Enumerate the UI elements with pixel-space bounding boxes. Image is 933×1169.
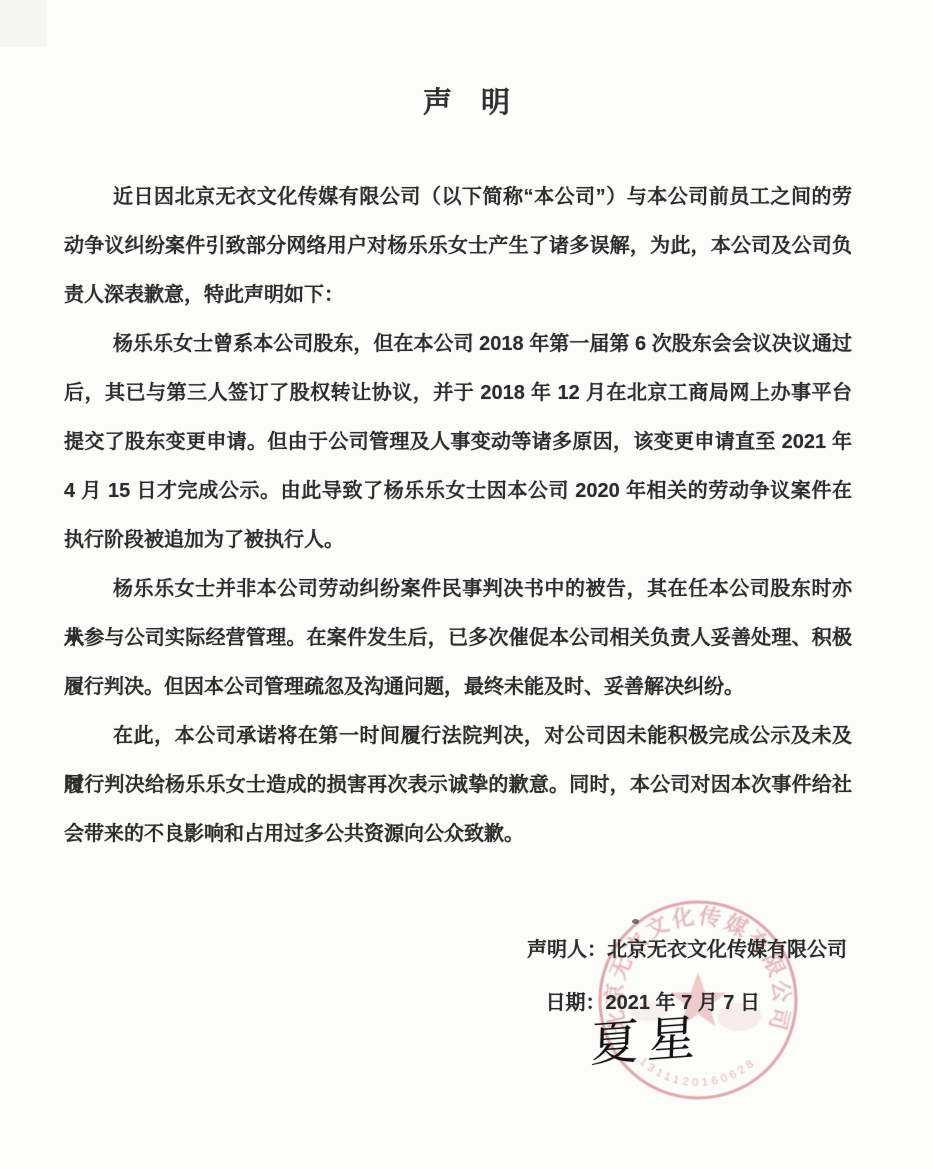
statement-line: 执行阶段被追加为了被执行人。: [64, 516, 852, 565]
scan-speck: [632, 919, 639, 924]
statement-line: 提交了股东变更申请。但由于公司管理及人事变动等诸多原因，该变更申请直至 2021…: [64, 418, 852, 467]
statement-line: 杨乐乐女士并非本公司劳动纠纷案件民事判决书中的被告，其在任本公司股东时亦从: [64, 565, 852, 614]
statement-line: 4 月 15 日才完成公示。由此导致了杨乐乐女士因本公司 2020 年相关的劳动…: [64, 467, 852, 516]
statement-line: 责人深表歉意，特此声明如下：: [64, 271, 852, 320]
handwritten-signature: 夏星: [590, 998, 706, 1075]
statement-line: 未参与公司实际经营管理。在案件发生后，已多次催促本公司相关负责人妥善处理、积极: [64, 614, 852, 663]
statement-line: 会带来的不良影响和占用过多公共资源向公众致歉。: [64, 810, 852, 859]
statement-line: 动争议纠纷案件引致部分网络用户对杨乐乐女士产生了诸多误解，为此，本公司及公司负: [64, 222, 852, 271]
statement-paragraph: 在此，本公司承诺将在第一时间履行法院判决，对公司因未能积极完成公示及未及时履行判…: [64, 712, 852, 859]
scan-artifact: [0, 0, 47, 47]
statement-paragraph: 杨乐乐女士曾系本公司股东，但在本公司 2018 年第一届第 6 次股东会会议决议…: [64, 320, 852, 565]
declarant-line: 声明人：北京无衣文化传媒有限公司: [527, 936, 847, 964]
statement-line: 杨乐乐女士曾系本公司股东，但在本公司 2018 年第一届第 6 次股东会会议决议…: [64, 320, 852, 369]
document-title: 声 明: [0, 80, 933, 121]
statement-line: 履行判决。但因本公司管理疏忽及沟通问题，最终未能及时、妥善解决纠纷。: [64, 663, 852, 712]
statement-line: 近日因北京无衣文化传媒有限公司（以下简称“本公司”）与本公司前员工之间的劳: [64, 173, 852, 222]
statement-line: 后，其已与第三人签订了股权转让协议，并于 2018 年 12 月在北京工商局网上…: [64, 369, 852, 418]
statement-line: 在此，本公司承诺将在第一时间履行法院判决，对公司因未能积极完成公示及未及时: [64, 712, 852, 761]
statement-paragraph: 杨乐乐女士并非本公司劳动纠纷案件民事判决书中的被告，其在任本公司股东时亦从未参与…: [64, 565, 852, 712]
statement-line: 履行判决给杨乐乐女士造成的损害再次表示诚挚的歉意。同时，本公司对因本次事件给社: [64, 761, 852, 810]
statement-body: 近日因北京无衣文化传媒有限公司（以下简称“本公司”）与本公司前员工之间的劳动争议…: [64, 173, 852, 859]
statement-paragraph: 近日因北京无衣文化传媒有限公司（以下简称“本公司”）与本公司前员工之间的劳动争议…: [64, 173, 852, 320]
document-page: 声 明 近日因北京无衣文化传媒有限公司（以下简称“本公司”）与本公司前员工之间的…: [0, 0, 933, 1169]
